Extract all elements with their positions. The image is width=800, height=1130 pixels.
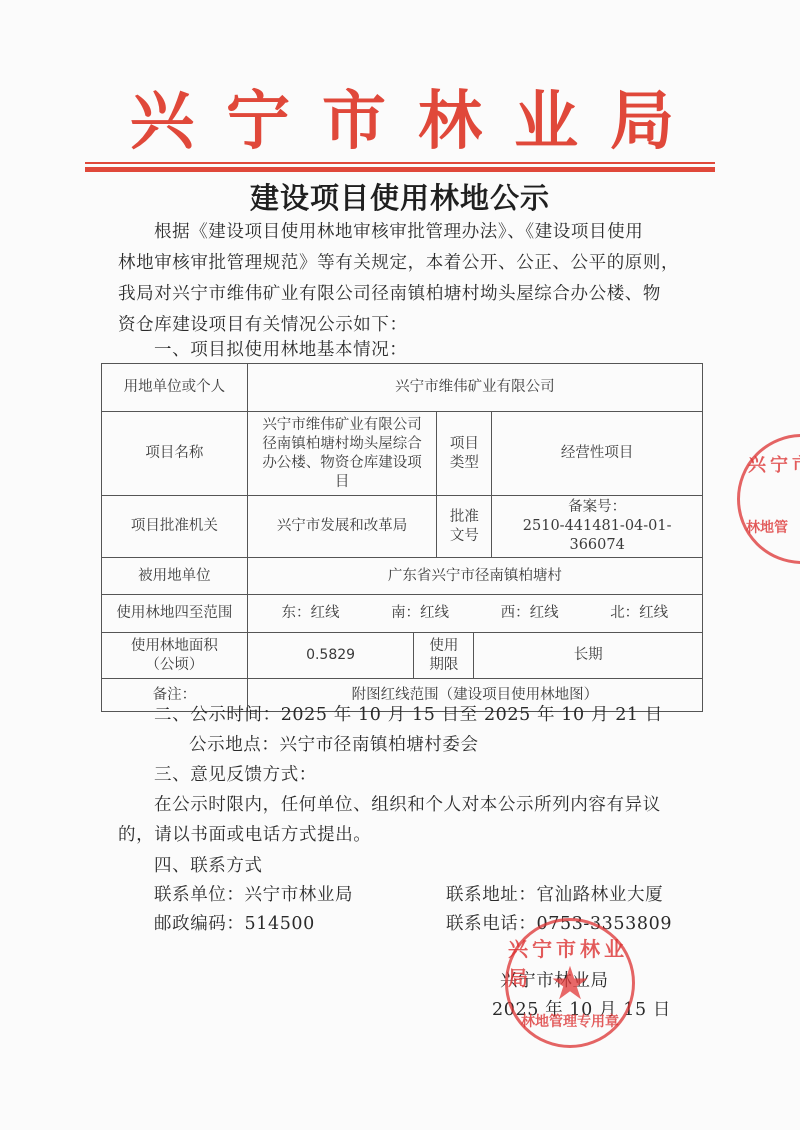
land-use-info-table: 用地单位或个人 兴宁市维伟矿业有限公司 项目名称 兴宁市维伟矿业有限公司径南镇柏… — [101, 363, 703, 712]
approval-authority-value: 兴宁市发展和改革局 — [247, 496, 437, 558]
land-owner-value: 广东省兴宁市径南镇柏塘村 — [247, 558, 702, 595]
term-label: 使用期限 — [414, 633, 474, 679]
section3-line-1: 在公示时限内，任何单位、组织和个人对本公示所列内容有异议 — [154, 790, 661, 820]
approval-doc-value: 2510-441481-04-01-366074 — [496, 517, 698, 555]
intro-line-2: 林地审核审批管理规范》等有关规定，本着公开、公正、公平的原则， — [118, 248, 688, 279]
approval-authority-label: 项目批准机关 — [102, 496, 248, 558]
project-type-value: 经营性项目 — [492, 412, 703, 496]
approval-doc-cell: 备案号： 2510-441481-04-01-366074 — [492, 496, 703, 558]
official-seal-stamp: 兴宁市林业局 ★ 林地管理专用章 — [505, 918, 635, 1048]
section2-period: 二、公示时间：2025 年 10 月 15 日至 2025 年 10 月 21 … — [154, 700, 663, 730]
section1-heading: 一、项目拟使用林地基本情况： — [154, 335, 407, 365]
project-name-value: 兴宁市维伟矿业有限公司径南镇柏塘村坳头屋综合办公楼、物资仓库建设项目 — [247, 412, 437, 496]
area-value: 0.5829 — [247, 633, 414, 679]
section3-line-2: 的，请以书面或电话方式提出。 — [118, 820, 371, 850]
intro-line-3: 我局对兴宁市维伟矿业有限公司径南镇柏塘村坳头屋综合办公楼、物 — [118, 279, 688, 310]
seal-top-text: 兴宁市林业局 — [508, 933, 632, 991]
table-row-approval: 项目批准机关 兴宁市发展和改革局 批准文号 备案号： 2510-441481-0… — [102, 496, 703, 558]
boundaries-value: 东：红线 南：红线 西：红线 北：红线 — [247, 595, 702, 633]
intro-paragraph: 根据《建设项目使用林地审核审批管理办法》、《建设项目使用 林地审核审批管理规范》… — [118, 217, 688, 341]
section2-location: 公示地点：兴宁市径南镇柏塘村委会 — [189, 730, 479, 760]
project-name-label: 项目名称 — [102, 412, 248, 496]
letterhead-divider-thin — [85, 162, 715, 164]
boundary-south: 南：红线 — [391, 604, 449, 623]
area-label-line-1: 使用林地面积 — [106, 637, 243, 656]
applicant-value: 兴宁市维伟矿业有限公司 — [247, 364, 702, 412]
project-type-label: 项目类型 — [437, 412, 492, 496]
contact-unit: 联系单位：兴宁市林业局 — [154, 880, 353, 910]
side-seal-stamp: 兴宁市 林地管 — [737, 434, 800, 564]
side-seal-top-text: 兴宁市 — [748, 451, 800, 477]
postal-code: 邮政编码：514500 — [154, 909, 315, 939]
area-label-line-2: （公顷） — [106, 656, 243, 675]
seal-bottom-text: 林地管理专用章 — [521, 1011, 619, 1031]
letterhead-org-name: 兴宁市林业局 — [0, 82, 800, 162]
intro-line-1: 根据《建设项目使用林地审核审批管理办法》、《建设项目使用 — [118, 217, 688, 248]
side-seal-bottom-text: 林地管 — [746, 517, 788, 537]
table-row-area: 使用林地面积 （公顷） 0.5829 使用期限 长期 — [102, 633, 703, 679]
table-row-boundaries: 使用林地四至范围 东：红线 南：红线 西：红线 北：红线 — [102, 595, 703, 633]
approval-doc-label: 批准文号 — [437, 496, 492, 558]
boundaries-label: 使用林地四至范围 — [102, 595, 248, 633]
section4-heading: 四、联系方式 — [154, 851, 263, 881]
applicant-label: 用地单位或个人 — [102, 364, 248, 412]
term-value: 长期 — [474, 633, 703, 679]
boundary-west: 西：红线 — [501, 604, 559, 623]
land-owner-label: 被用地单位 — [102, 558, 248, 595]
table-row-project-name: 项目名称 兴宁市维伟矿业有限公司径南镇柏塘村坳头屋综合办公楼、物资仓库建设项目 … — [102, 412, 703, 496]
letterhead-divider-thick — [85, 167, 715, 172]
contact-address: 联系地址：官汕路林业大厦 — [446, 880, 663, 910]
document-title: 建设项目使用林地公示 — [0, 176, 800, 217]
table-row-applicant: 用地单位或个人 兴宁市维伟矿业有限公司 — [102, 364, 703, 412]
table-row-land-owner: 被用地单位 广东省兴宁市径南镇柏塘村 — [102, 558, 703, 595]
boundary-north: 北：红线 — [610, 604, 668, 623]
section3-heading: 三、意见反馈方式： — [154, 760, 317, 790]
approval-doc-value-label: 备案号： — [496, 498, 698, 517]
boundary-east: 东：红线 — [282, 604, 340, 623]
area-label: 使用林地面积 （公顷） — [102, 633, 248, 679]
